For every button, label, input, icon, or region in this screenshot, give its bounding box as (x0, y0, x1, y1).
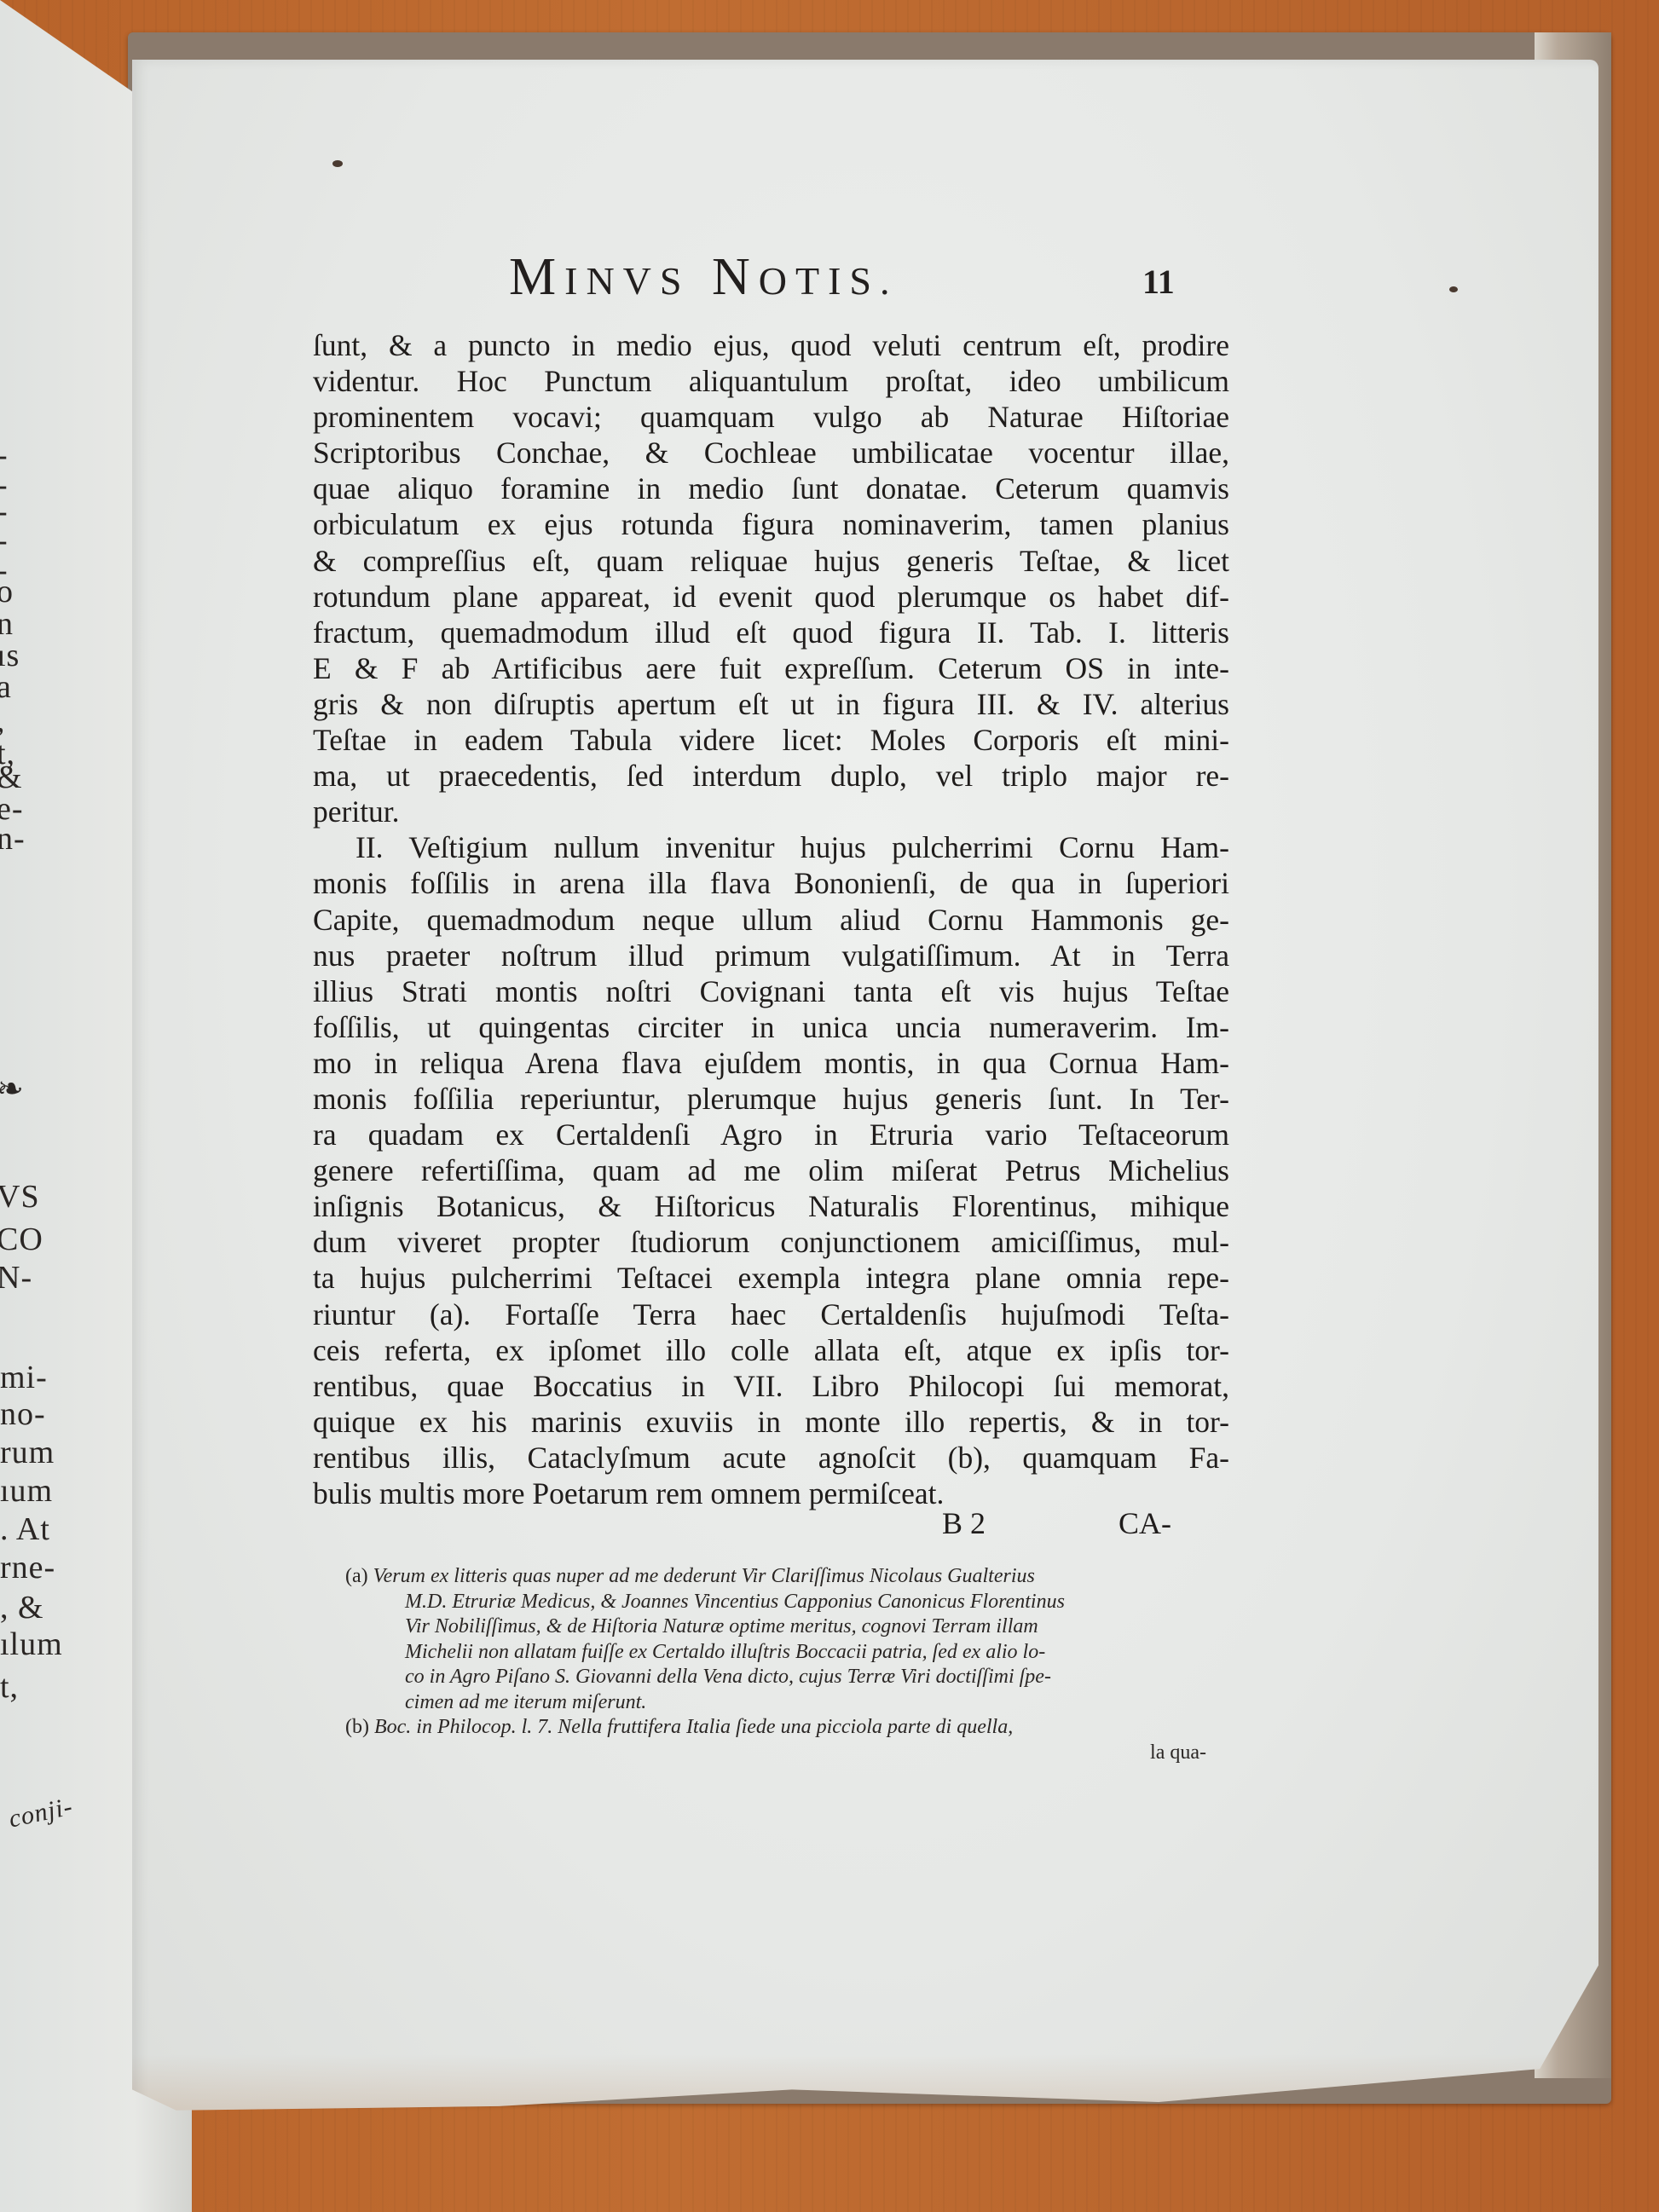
text-line: foſſilis, ut quingentas circiter in unic… (313, 1009, 1229, 1045)
left-page-text-fragment: CO (0, 1221, 43, 1258)
left-page-text-fragment: no- (0, 1395, 46, 1433)
footnote-line: (b) Boc. in Philocop. l. 7. Nella frutti… (345, 1715, 1215, 1741)
text-line: prominentem vocavi; quamquam vulgo ab Na… (313, 399, 1229, 435)
text-line: II. Veſtigium nullum invenitur hujus pul… (313, 829, 1229, 865)
text-line: dum viveret propter ſtudiorum conjunctio… (313, 1224, 1229, 1260)
left-page-footnote-fragment: conji- (6, 1792, 75, 1834)
signature-mark: B 2 (942, 1505, 986, 1541)
left-page-text-fragment: ıum (0, 1472, 53, 1510)
text-line: E & F ab Artificibus aere fuit expreſſum… (313, 650, 1229, 686)
catchword: CA- (1119, 1505, 1171, 1541)
text-line: gris & non diſruptis apertum eſt ut in f… (313, 686, 1229, 722)
text-line: fractum, quemadmodum illud eſt quod figu… (313, 615, 1229, 650)
footnote-line: Vir Nobiliſſimus, & de Hiſtoria Naturæ o… (345, 1614, 1215, 1640)
footnote-text: M.D. Etruriæ Medicus, & Joannes Vincenti… (405, 1591, 1065, 1613)
text-line: ta hujus pulcherrimi Teſtacei exempla in… (313, 1260, 1229, 1296)
footnote-text: Verum ex litteris quas nuper ad me deder… (373, 1565, 1035, 1587)
footnote-text: Boc. in Philocop. l. 7. Nella fruttifera… (374, 1716, 1013, 1738)
footnote-text: co in Agro Piſano S. Giovanni della Vena… (405, 1666, 1051, 1688)
running-head-word2: OTIS. (759, 259, 899, 303)
footnote-text: Michelii non allatam fuiſſe ex Certaldo … (405, 1641, 1045, 1663)
left-page-text-fragment: N- (0, 1259, 32, 1297)
running-head-space (690, 248, 712, 306)
footnote-marker: (a) (345, 1565, 368, 1587)
footnote-line: cimen ad me iterum miſerunt. (345, 1690, 1215, 1716)
text-line: rentibus illis, Cataclyſmum acute agnoſc… (313, 1440, 1229, 1476)
left-page-text-fragment: t, (0, 1668, 19, 1706)
left-page-text-fragment: a (0, 668, 12, 706)
text-line: monis foſſilis in arena illa flava Bonon… (313, 865, 1229, 901)
text-line: orbiculatum ex ejus rotunda figura nomin… (313, 506, 1229, 542)
text-line: rotundum plane appareat, id evenit quod … (313, 579, 1229, 615)
running-head-initial-n: N (712, 248, 759, 306)
footnote-marker: (b) (345, 1716, 369, 1738)
body-text: ſunt, & a puncto in medio ejus, quod vel… (313, 327, 1229, 1511)
text-line: riuntur (a). Fortaſſe Terra haec Certald… (313, 1297, 1229, 1332)
left-page-text-fragment: rum (0, 1434, 55, 1471)
left-page-text-fragment: mi- (0, 1359, 48, 1396)
footnote-line: Michelii non allatam fuiſſe ex Certaldo … (345, 1640, 1215, 1666)
text-line: ra quadam ex Certaldenſi Agro in Etruria… (313, 1117, 1229, 1152)
text-line: quique ex his marinis exuviis in monte i… (313, 1404, 1229, 1440)
text-line: rentibus, quae Boccatius in VII. Libro P… (313, 1368, 1229, 1404)
text-line: genere refertiſſima, quam ad me olim miſ… (313, 1152, 1229, 1188)
footnote-line: (a) Verum ex litteris quas nuper ad me d… (345, 1564, 1215, 1590)
ornament-icon: ❧ (0, 1070, 25, 1108)
running-head-word1: INVS (564, 259, 690, 303)
text-line: Scriptoribus Conchae, & Cochleae umbilic… (313, 435, 1229, 471)
text-line: Capite, quemadmodum neque ullum aliud Co… (313, 902, 1229, 938)
paper-speck (1449, 286, 1458, 292)
footnote-line: co in Agro Piſano S. Giovanni della Vena… (345, 1665, 1215, 1690)
text-line: nus praeter noſtrum illud primum vulgati… (313, 938, 1229, 973)
text-line: ma, ut praecedentis, ſed interdum duplo,… (313, 758, 1229, 794)
footnote-catchword: la qua- (345, 1741, 1215, 1766)
page-number: 11 (1142, 262, 1175, 302)
text-line: illius Strati montis noſtri Covignani ta… (313, 973, 1229, 1009)
text-line: Teſtae in eadem Tabula videre licet: Mol… (313, 722, 1229, 758)
text-line: peritur. (313, 794, 1229, 829)
left-page-text-fragment: n- (0, 820, 26, 858)
left-page-text-fragment: VS (0, 1178, 40, 1216)
text-line: quae aliquo foramine in medio ſunt donat… (313, 471, 1229, 506)
paper-speck (332, 160, 343, 167)
left-page-text-fragment: . At (0, 1510, 50, 1548)
text-line: mo in reliqua Arena flava ejuſdem montis… (313, 1045, 1229, 1081)
text-line: monis foſſilia reperiuntur, plerumque hu… (313, 1081, 1229, 1117)
left-page-text-fragment: ılum (0, 1626, 63, 1663)
text-line: bulis multis more Poetarum rem omnem per… (313, 1476, 1229, 1511)
left-page-text-fragment: rne- (0, 1549, 55, 1586)
running-head-initial-m: M (509, 248, 564, 306)
footnotes: (a) Verum ex litteris quas nuper ad me d… (345, 1564, 1215, 1765)
left-page-text-fragment: , & (0, 1589, 44, 1626)
text-line: & compreſſius eſt, quam reliquae hujus g… (313, 543, 1229, 579)
footnote-text: cimen ad me iterum miſerunt. (405, 1691, 646, 1713)
text-line: videntur. Hoc Punctum aliquantulum proſt… (313, 363, 1229, 399)
text-line: ceis referta, ex ipſomet illo colle alla… (313, 1332, 1229, 1368)
text-line: inſignis Botanicus, & Hiſtoricus Natural… (313, 1188, 1229, 1224)
footnote-text: Vir Nobiliſſimus, & de Hiſtoria Naturæ o… (405, 1615, 1038, 1637)
footnote-line: M.D. Etruriæ Medicus, & Joannes Vincenti… (345, 1590, 1215, 1615)
text-line: ſunt, & a puncto in medio ejus, quod vel… (313, 327, 1229, 363)
